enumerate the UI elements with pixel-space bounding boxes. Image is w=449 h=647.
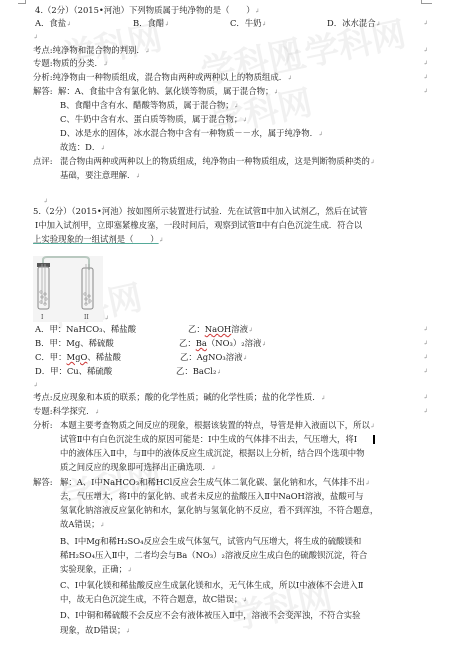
q5-option-d-yi[interactable]: 乙：BaCl₂↲ (176, 366, 221, 377)
q5-jieda-line[interactable]: 稀H₂SO₄压入Ⅱ中，二者均会与Ba（NO₃）₂溶液反应生成白色的硫酸钡沉淀，符… (60, 550, 367, 561)
q4-option-d[interactable]: D．冰水混合↲ (327, 18, 381, 29)
q5-zhuanti[interactable]: 专题:科学探究．↲ (33, 406, 99, 417)
q5-jieda-line[interactable]: D、Ⅰ中铜和稀硫酸不会反应不会有液体被压入Ⅱ中，溶液不会变浑浊，不符合实验 (60, 610, 360, 621)
paragraph-mark: ↲ (104, 315, 109, 322)
q4-option-c[interactable]: C．牛奶↲ (230, 18, 267, 29)
q4-zhuanti[interactable]: 专题:物质的分类．↲ (33, 58, 108, 69)
q4-option-a[interactable]: A．食盐↲ (35, 18, 71, 29)
q5-kaodian[interactable]: 考点:反应现象和本质的联系；酸的化学性质；碱的化学性质；盐的化学性质．↲ (33, 392, 326, 403)
watermark: 学科网 (196, 25, 306, 94)
paragraph-mark: ↲ (423, 47, 428, 54)
q4-dianping-line[interactable]: 基础，要注意理解．↲ (60, 170, 140, 181)
q4-fenxi[interactable]: 分析:纯净物由一种物质组成，混合物由两种或两种以上的物质组成．↲ (33, 72, 292, 83)
q5-jieda-line[interactable]: 解：A、Ⅰ中NaHCO₃和稀HCl反应会生成气体二氧化碳、氯化钠和水，气体排不出… (60, 477, 370, 488)
q5-jieda-label: 解答: (33, 477, 53, 488)
q5-stem-line[interactable]: 上实验现象的一组试剂是（ ）↲ (33, 234, 164, 245)
q5-jieda-line[interactable]: B、Ⅰ中Mg和稀H₂SO₄反应会生成气体氢气，试管内气压增大，将生成的硫酸镁和 (60, 536, 361, 547)
q5-option-c-yi[interactable]: 乙：AgNO₃溶液↲ (180, 352, 248, 363)
paragraph-mark: ↲ (423, 354, 428, 361)
q4-jieda-line[interactable]: 故选：D．↲ (60, 142, 105, 153)
paragraph-mark: ↲ (423, 60, 428, 67)
q5-option-b-yi[interactable]: 乙：Ba（NO₃）₂溶液↲ (179, 338, 266, 349)
tube-label-1: I (41, 314, 44, 321)
q4-kaodian[interactable]: 考点:纯净物和混合物的判别．↲ (33, 45, 150, 56)
paragraph-mark: ↲ (43, 198, 48, 205)
paragraph-mark: ↲ (423, 408, 428, 415)
paragraph-mark: ↲ (423, 88, 428, 95)
q5-option-b[interactable]: B．甲：Mg、稀硫酸 (35, 338, 114, 349)
q5-jieda-line[interactable]: C、Ⅰ中氧化镁和稀盐酸反应生成氯化镁和水，无气体生成，所以Ⅰ中液体不会进入Ⅱ (60, 580, 363, 591)
q4-jieda-line[interactable]: B、食醋中含有水、醋酸等物质，属于混合物；↲ (60, 100, 239, 111)
q4-dianping-label: 点评: (33, 156, 53, 167)
q5-stem-line[interactable]: Ⅰ中加入试剂甲，立即塞紧橡皮塞，一段时间后，观察到试管Ⅱ中有白色沉淀生成．符合以 (35, 220, 362, 231)
q5-fenxi-line[interactable]: 试管Ⅱ中有白色沉淀生成的原因可能是：Ⅰ中生成的气体排不出去，气压增大，将Ⅰ (60, 434, 357, 445)
q5-fenxi-line[interactable]: 本题主要考查物质之间反应的现象，根据该装置的特点，导管是伸入液面以下，所以↲ (60, 420, 375, 431)
q5-option-a-yi[interactable]: 乙：NaOH溶液↲ (188, 324, 253, 335)
q5-fenxi-line[interactable]: 质之间反应的现象即可选择出正确选项．↲ (60, 462, 216, 473)
test-tube-diagram-icon: I II (33, 256, 103, 322)
q5-option-a[interactable]: A．甲：NaHCO₃、稀盐酸 (35, 324, 136, 335)
paragraph-mark: ↲ (33, 34, 38, 41)
q4-jieda-label: 解答: (33, 86, 53, 97)
q5-jieda-line[interactable]: 氢氧化钠溶液反应氯化钠和水，氯化钠与氢氧化钠不反应，看不到浑浊，不符合题意， (60, 505, 378, 516)
q4-jieda-line[interactable]: 解：A、食盐中含有氯化钠、氯化镁等物质，属于混合物；↲ (58, 86, 278, 97)
paragraph-mark: ↲ (33, 382, 38, 389)
q4-option-b[interactable]: B．食醋↲ (133, 18, 169, 29)
q4-dianping-line[interactable]: 混合物由两种或两种以上的物质组成，纯净物由一种物质组成，这是判断物质种类的↲ (60, 156, 375, 167)
q5-jieda-line[interactable]: 故A错误；↲ (60, 519, 105, 530)
q5-jieda-line[interactable]: 实验现象，正确；↲ (60, 564, 132, 575)
q5-option-c[interactable]: C．甲：MgO、稀盐酸 (35, 352, 121, 363)
page-corner-mark-left (18, 0, 26, 4)
q5-jieda-line[interactable]: 去，气压增大，将Ⅰ中的氯化钠、或者未反应的盐酸压入Ⅱ中NaOH溶液，盐酸可与 (60, 491, 364, 502)
page-corner-mark-right (421, 0, 432, 4)
q5-fenxi-label: 分析: (33, 420, 53, 431)
q4-stem[interactable]: 4.（2分）（2015•河池）下列物质属于纯净物的是（ ）↲ (35, 5, 260, 16)
test-tube-apparatus-figure: I II (33, 256, 103, 322)
q5-fenxi-line[interactable]: 中的液体压入Ⅱ中，与Ⅱ中的液体反应生成沉淀，根据以上分析，结合四个选项中物 (60, 448, 365, 459)
paragraph-mark: ↲ (423, 20, 428, 27)
q5-jieda-line[interactable]: 现象，故D错误；↲ (60, 625, 130, 636)
paragraph-mark: ↲ (423, 74, 428, 81)
paragraph-mark: ↲ (423, 340, 428, 347)
tube-label-2: II (84, 314, 89, 321)
q5-option-d[interactable]: D．甲：Cu、稀硫酸 (35, 366, 112, 377)
paragraph-mark: ↲ (423, 368, 428, 375)
paragraph-mark: ↲ (423, 394, 428, 401)
q4-jieda-line[interactable]: C、牛奶中含有水、蛋白质等物质，属于混合物；↲ (60, 114, 247, 125)
text-cursor (373, 435, 375, 444)
q5-stem-line[interactable]: 5.（2分）（2015•河池）按如图所示装置进行试验．先在试管Ⅱ中加入试剂乙，然… (33, 206, 367, 217)
paragraph-mark: ↲ (423, 326, 428, 333)
q4-jieda-line[interactable]: D、冰是水的固体，冰水混合物中含有一种物质－－水，属于纯净物．↲ (60, 128, 323, 139)
q5-jieda-line[interactable]: 中，故无白色沉淀生成，不符合题意，故C错误；↲ (60, 594, 247, 605)
